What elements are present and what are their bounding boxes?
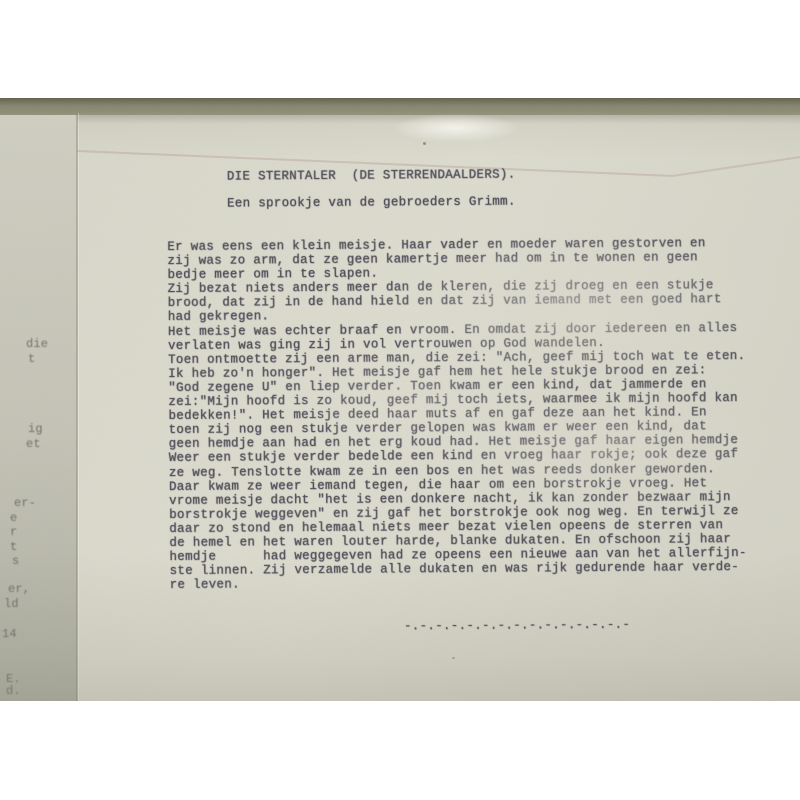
document-title: DIE STERNTALER (DE STERRENDAALDERS). [227, 168, 516, 184]
separator-line: -.-.-.-.-.-.-.-.-.-.-.-.-.-.- [404, 618, 630, 634]
photo-scan: dietigeter-ertser,ld14E.d. DIE STERNTALE… [0, 0, 800, 800]
document-subtitle: Een sprookje van de gebroeders Grimm. [227, 195, 516, 211]
photo-of-document: dietigeter-ertser,ld14E.d. DIE STERNTALE… [0, 98, 800, 701]
typed-page: DIE STERNTALER (DE STERRENDAALDERS). Een… [0, 98, 800, 701]
document-body: Er was eens een klein meisje. Haar vader… [167, 236, 747, 592]
